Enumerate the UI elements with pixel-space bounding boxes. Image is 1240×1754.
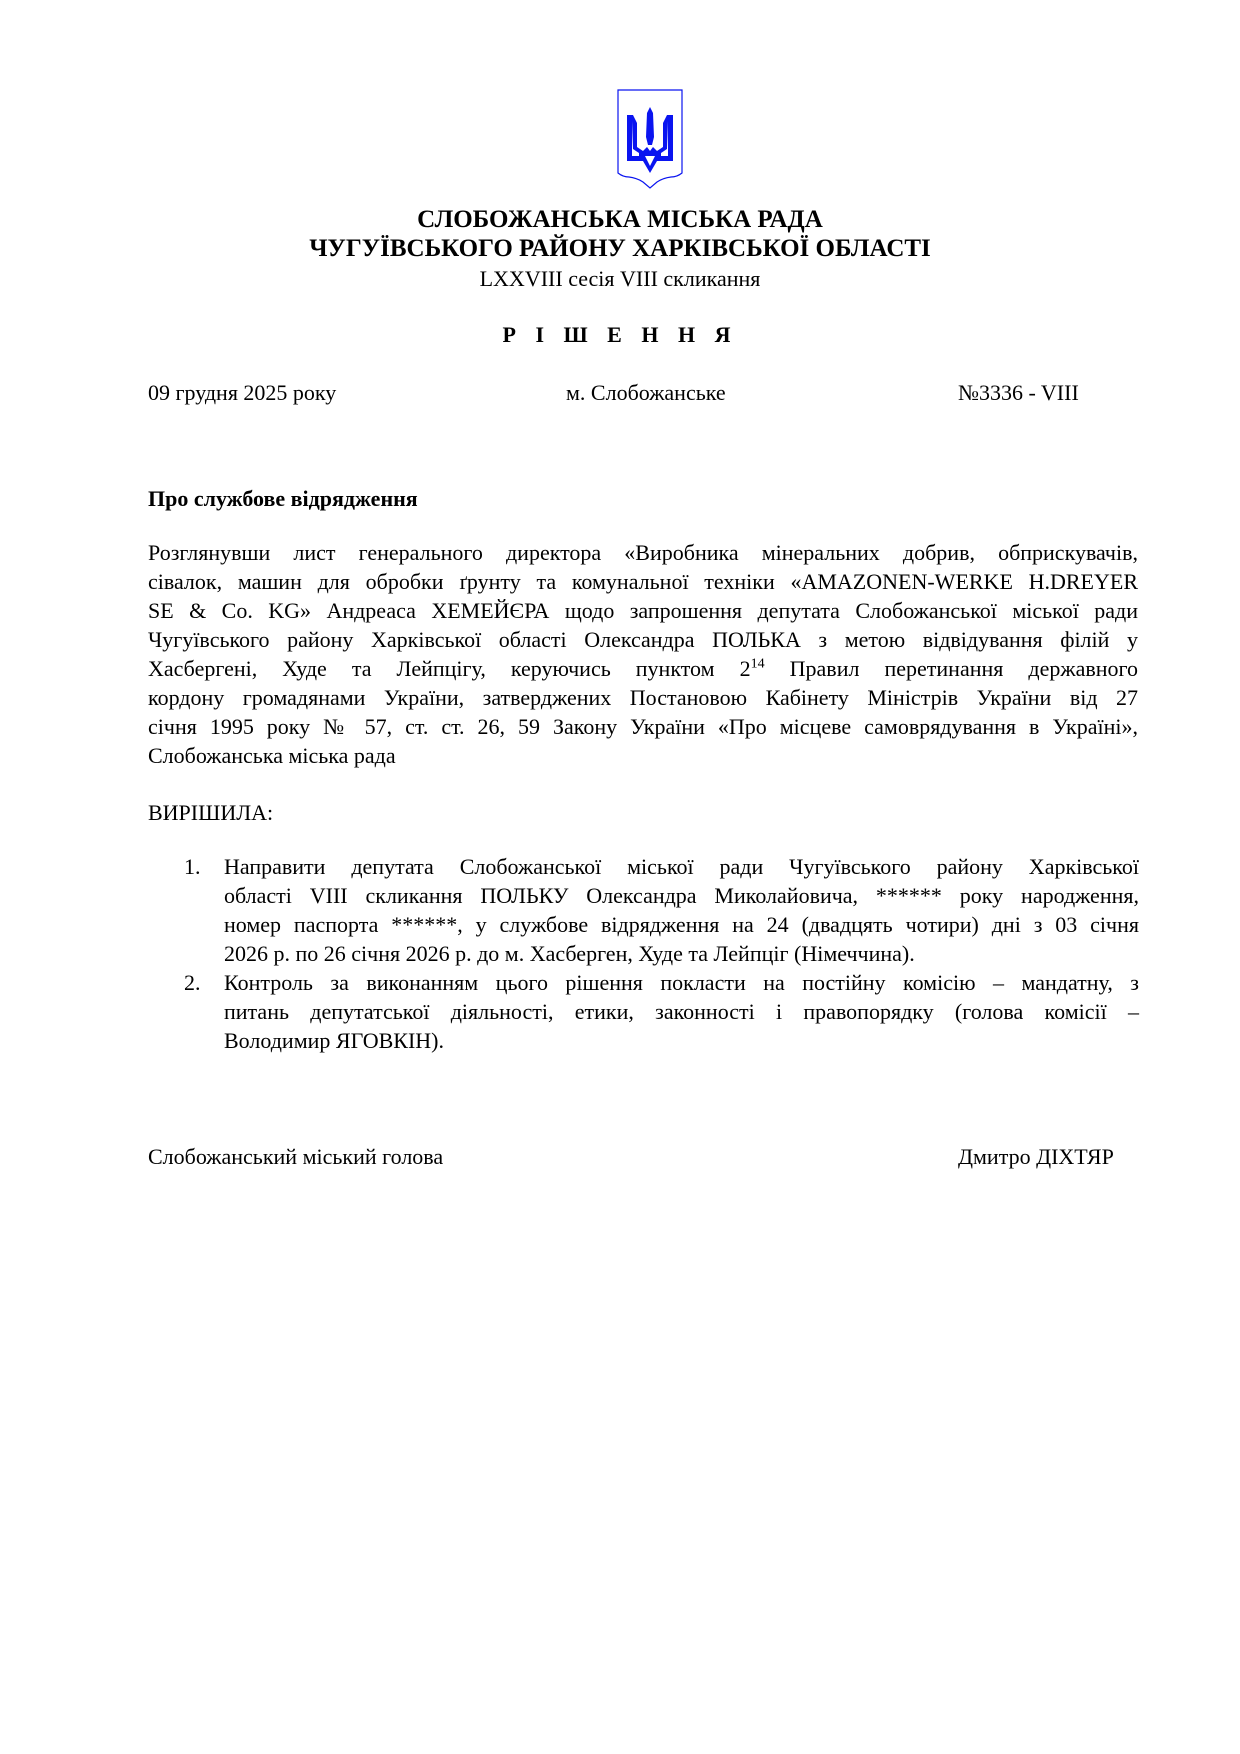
document-type-title: Р І Ш Е Н Н Я xyxy=(0,322,1240,348)
item-number: 2. xyxy=(184,968,201,997)
item-line: області VIII скликання ПОЛЬКУ Олександра… xyxy=(224,881,1139,910)
decision-item: 1. Направити депутата Слобожанської місь… xyxy=(184,852,1139,968)
preamble-line: Слобожанська міська рада xyxy=(148,741,1138,770)
preamble-line: кордону громадянами України, затверджени… xyxy=(148,683,1138,712)
item-line: Контроль за виконанням цього рішення пок… xyxy=(224,968,1139,997)
superscript-ref: 14 xyxy=(751,657,765,672)
signatory-position: Слобожанський міський голова xyxy=(148,1142,443,1171)
preamble-paragraph: Розглянувши лист генерального директора … xyxy=(148,538,1138,770)
item-line: номер паспорта ******, у службове відряд… xyxy=(224,910,1139,939)
preamble-line: Хасбергені, Худе та Лейпцігу, керуючись … xyxy=(148,654,1138,683)
resolved-label: ВИРІШИЛА: xyxy=(148,798,273,827)
ukraine-coat-of-arms-icon xyxy=(617,89,683,189)
item-line: Направити депутата Слобожанської міської… xyxy=(224,852,1139,881)
decision-place: м. Слобожанське xyxy=(566,378,726,407)
item-line: питань депутатської діяльності, етики, з… xyxy=(224,997,1139,1026)
preamble-text: Правил перетинання державного xyxy=(765,656,1138,681)
signatory-name: Дмитро ДІХТЯР xyxy=(958,1142,1114,1171)
item-line: Володимир ЯГОВКІН). xyxy=(224,1026,1139,1055)
preamble-line: Чугуївського району Харківської області … xyxy=(148,625,1138,654)
decision-items-list: 1. Направити депутата Слобожанської місь… xyxy=(184,852,1139,1055)
decision-date: 09 грудня 2025 року xyxy=(148,378,336,407)
session-info: LXXVIII сесія VIII скликання xyxy=(0,265,1240,292)
council-name: СЛОБОЖАНСЬКА МІСЬКА РАДА xyxy=(0,205,1240,234)
decision-subject: Про службове відрядження xyxy=(148,484,418,513)
preamble-text: Хасбергені, Худе та Лейпцігу, керуючись … xyxy=(148,656,751,681)
preamble-line: SE & Co. KG» Андреаса ХЕМЕЙЄРА щодо запр… xyxy=(148,596,1138,625)
preamble-line: сівалок, машин для обробки ґрунту та ком… xyxy=(148,567,1138,596)
decision-item: 2. Контроль за виконанням цього рішення … xyxy=(184,968,1139,1055)
document-page: СЛОБОЖАНСЬКА МІСЬКА РАДА ЧУГУЇВСЬКОГО РА… xyxy=(0,0,1240,1754)
preamble-line: січня 1995 року № 57, ст. ст. 26, 59 Зак… xyxy=(148,712,1138,741)
preamble-line: Розглянувши лист генерального директора … xyxy=(148,538,1138,567)
item-number: 1. xyxy=(184,852,201,881)
district-name: ЧУГУЇВСЬКОГО РАЙОНУ ХАРКІВСЬКОЇ ОБЛАСТІ xyxy=(0,234,1240,263)
decision-number: №3336 - VIII xyxy=(958,378,1079,407)
item-line: 2026 р. по 26 січня 2026 р. до м. Хасбер… xyxy=(224,939,1139,968)
